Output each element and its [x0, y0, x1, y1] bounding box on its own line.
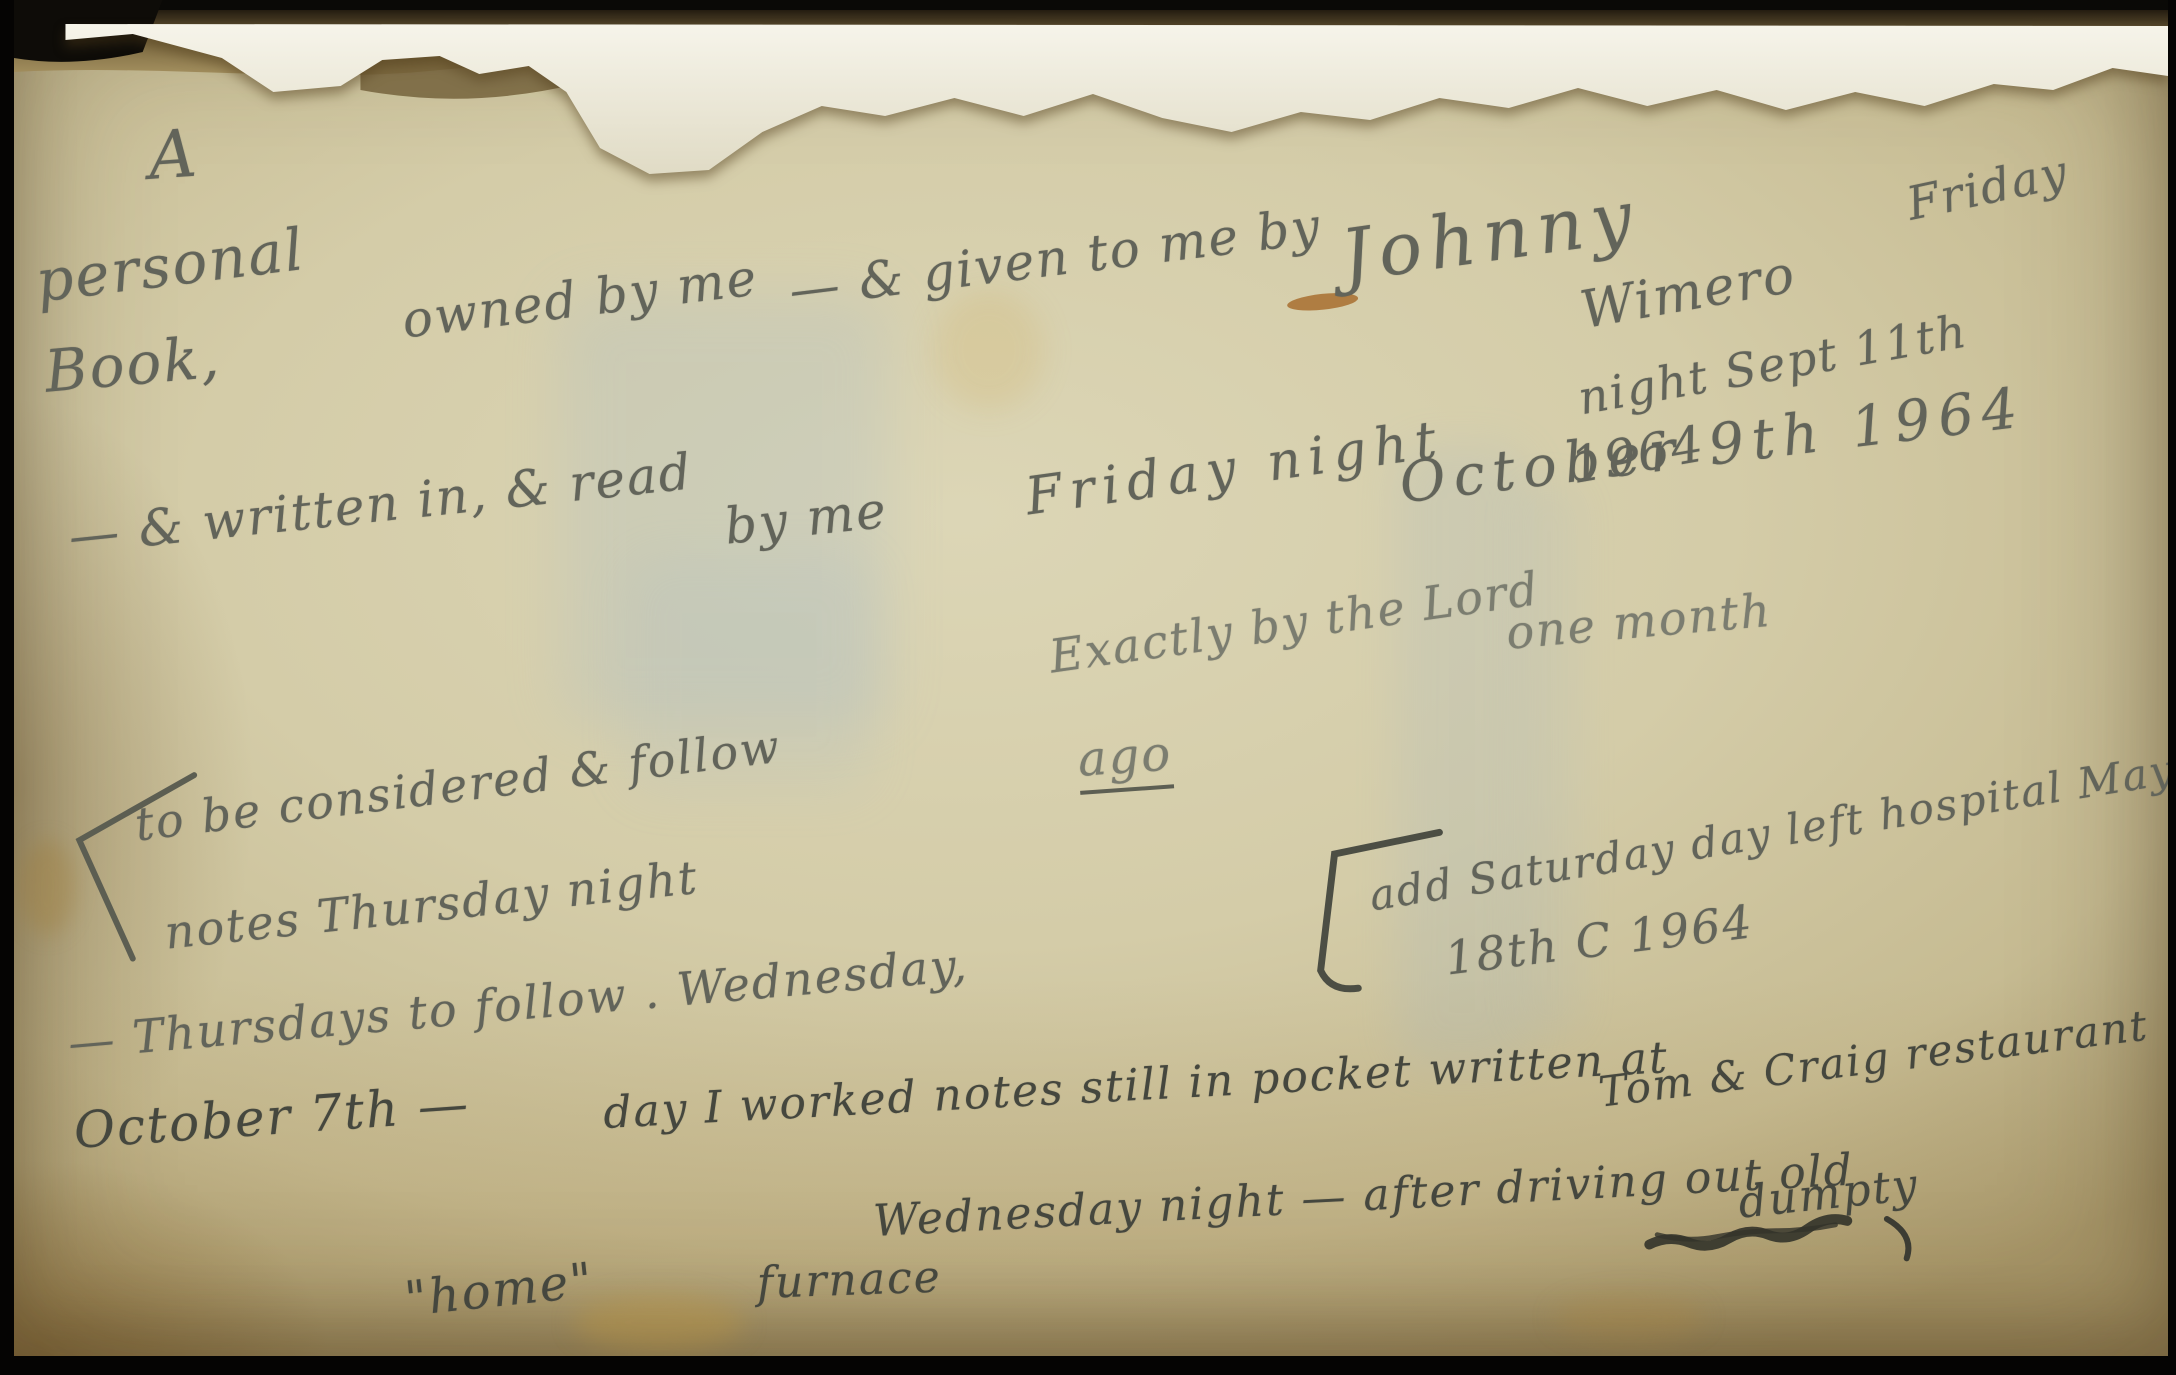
torn-paper-edge: [14, 0, 2168, 220]
paper-stain: [20, 840, 75, 935]
hw-exactly-lord: Exactly by the Lord: [1046, 561, 1543, 683]
hw-to-be-considered: to be considered & follow: [132, 719, 784, 852]
hw-book: Book,: [42, 323, 223, 406]
hw-furnace: furnace: [756, 1252, 943, 1309]
hw-written-in-read: — & written in, & read: [66, 443, 695, 566]
hw-by-me: by me: [722, 481, 890, 556]
hw-letter-a: A: [146, 115, 201, 195]
hw-friday-night: Friday night: [1022, 409, 1448, 527]
hw-october-7: October 7th —: [72, 1074, 472, 1160]
paper-stain: [574, 1295, 744, 1350]
paper-stain: [1554, 1295, 1704, 1340]
pencil-tail-flick: [1887, 1219, 1909, 1258]
hw-add-saturday: add Saturday day left hospital May: [1366, 745, 2168, 921]
hw-personal: personal: [32, 215, 309, 315]
hw-owned-by-me: owned by me: [399, 248, 761, 349]
hw-home: "home": [402, 1252, 597, 1328]
hw-tom-craig: Tom & Craig restaurant: [1596, 1001, 2151, 1117]
hw-ago: ago: [1076, 725, 1174, 794]
hw-may-18-1964: 18th C 1964: [1442, 894, 1756, 985]
hw-wednesday-night: Wednesday night — after driving out old: [872, 1145, 1855, 1247]
hw-one-month: one month: [1504, 583, 1774, 660]
hw-notes-thursday: notes Thursday night: [162, 850, 701, 960]
paper-stain: [934, 290, 1044, 410]
photo-frame: A personal Book, owned by me — & given t…: [0, 0, 2176, 1375]
hw-thursdays-follow: — Thursdays to follow . Wednesday,: [66, 937, 970, 1070]
book-flyleaf-paper: A personal Book, owned by me — & given t…: [14, 0, 2168, 1356]
torn-white-strip: [65, 24, 2168, 174]
hw-day-i-worked: day I worked notes still in pocket writt…: [602, 1032, 1670, 1139]
